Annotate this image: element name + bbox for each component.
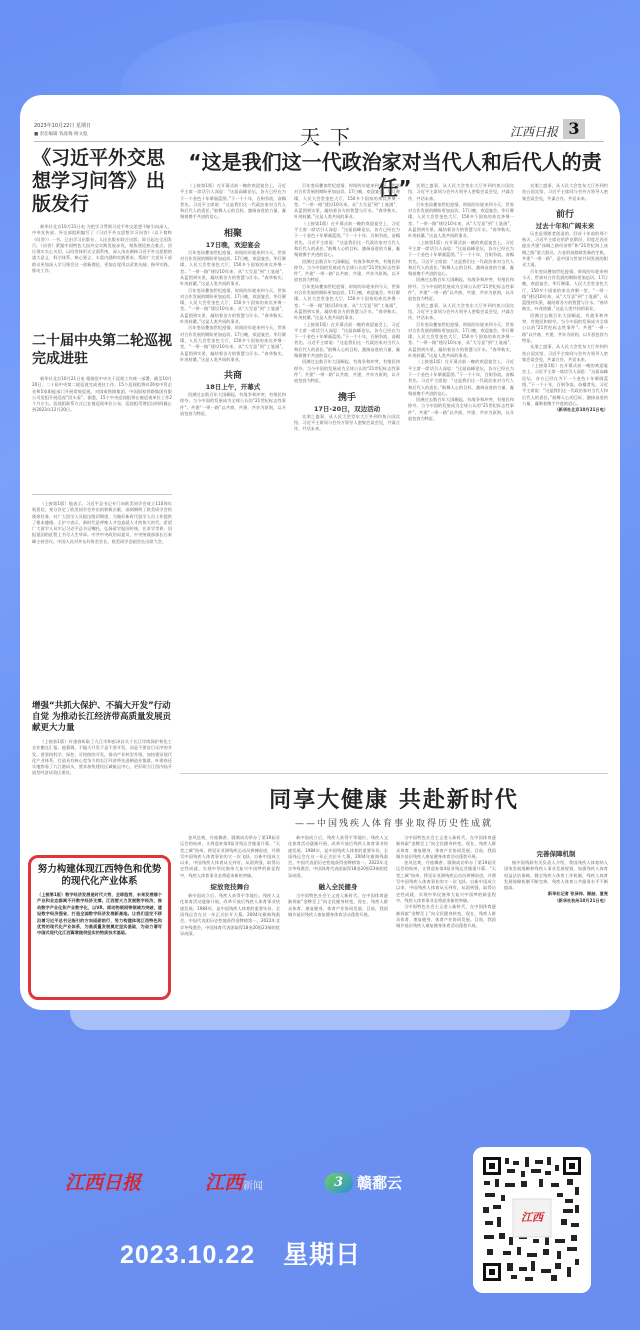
left-column: 《习近平外交思想学习问答》出版发行 新华社北京10月21日电 为把学习贯彻习近平…	[32, 147, 172, 847]
bottom-subheading-fitness: 融入全民健身	[288, 882, 388, 893]
article-body-returned-scholars: （上接第1版）他表示，习近平总书记专门向欧美同学会成立110周年致贺信，充分肯定…	[32, 501, 172, 687]
bottom-article-subtitle: ——中国残疾人体育事业取得历史性成就	[180, 816, 608, 829]
article-body-book-release: 新华社北京10月21日电 为把学习贯彻习近平外交思想不断引向深入，中央宣传部、外…	[32, 224, 172, 314]
section-subheading-forward: 过去十年和广阔未来	[522, 222, 608, 231]
article-title-yangtze: 增强“共抓大保护、不搞大开发”行动自觉 为推动长江经济带高质量发展贡献更大力量	[32, 701, 172, 734]
section-heading-joining-hands: 携手	[294, 391, 400, 405]
article-body-yangtze: （上接第1版）叶建春听取了九江市和彭泽县关于长江岸线保护和化工企业搬迁汇报。他强…	[32, 739, 172, 825]
lead-column-3: 宾朋之盛事，从人民大会堂东大厅外到钓鱼台国宾馆，习近平主席同与会外方领导人密集会…	[408, 183, 514, 773]
lead-byline: （新华社北京10月21日电）	[522, 407, 608, 413]
issue-date: 2023年10月22日 星期日	[34, 122, 91, 129]
section-heading-gathering: 相聚	[180, 227, 286, 241]
editor-credit: ■ 责任编辑 钱庞梅 杨文彪	[34, 131, 88, 137]
masthead-divider	[34, 141, 604, 142]
bottom-article-header: 同享大健康 共赴新时代 ——中国残疾人体育事业取得历史性成就	[180, 783, 608, 829]
section-subheading-joining-hands: 17日-20日，双边活动	[294, 405, 400, 414]
footer-date-value: 2023.10.22	[120, 1241, 255, 1269]
lead-column-2: 百年变局叠加世纪疫情，时间的年轮来到今天，世界对合作发展的期盼更加迫切。17日晚…	[294, 183, 400, 773]
bottom-column-4: 完善保障机制 据中国残联有关负责人介绍，我国残疾人体育纳入国家发展战略和残疾人事…	[504, 835, 608, 1000]
bottom-subheading-competition: 绽放竞技舞台	[180, 882, 280, 893]
highlighted-article-box[interactable]: 努力构建体现江西特色和优势的现代化产业体系 （上接第1版）数字经济发展是时代大势…	[28, 855, 171, 1000]
article-title-inspection: 二十届中央第二轮巡视完成进驻	[32, 332, 172, 368]
footer-date: 2023.10.22 星期日	[120, 1235, 361, 1271]
bottom-subheading-support: 完善保障机制	[504, 849, 608, 860]
highlighted-article-title: 努力构建体现江西特色和优势的现代化产业体系	[37, 864, 162, 888]
section-title: 天下	[300, 121, 360, 150]
section-subheading-gathering: 17日晚，欢迎宴会	[180, 241, 286, 250]
bottom-column-2: 新中国成立后，残疾人获得平等地位。残疾人文化体育活动逐渐开展。改革开放后残疾人体…	[288, 835, 388, 1000]
article-title-book-release: 《习近平外交思想学习问答》出版发行	[32, 147, 172, 216]
bottom-article-title: 同享大健康 共赴新时代	[180, 783, 608, 814]
qr-code[interactable]: 江西	[473, 1147, 591, 1293]
section-heading-consultation: 共商	[180, 369, 286, 383]
cloud-icon	[325, 1173, 353, 1193]
svg-text:江西: 江西	[521, 1211, 545, 1224]
jiangxi-daily-logo[interactable]: 江西日报	[65, 1168, 141, 1195]
bottom-dateline: （新华社杭州10月21日电）	[504, 898, 608, 904]
section-subheading-consultation: 18日上午，开幕式	[180, 383, 286, 392]
ganpo-cloud-logo[interactable]: 赣鄱云	[325, 1172, 402, 1193]
divider	[180, 773, 608, 774]
jiangxi-news-logo[interactable]: 江西新闻	[205, 1168, 263, 1195]
lead-column-4: 宾朋之盛事，从人民大会堂东大厅外到钓鱼台国宾馆，习近平主席同与会外方领导人密集会…	[522, 183, 608, 773]
page-number: 3	[563, 119, 585, 139]
newspaper-page: 2023年10月22日 星期日 ■ 责任编辑 钱庞梅 杨文彪 天下 江西日报 3…	[20, 95, 620, 1010]
lead-column-1: （上接第1版）在开幕式前一晚的欢迎宴会上，习近平主席一席话引人深思：“这届高峰论…	[180, 183, 286, 773]
qr-code-icon: 江西	[481, 1155, 583, 1283]
bottom-column-1: 金风送爽，丹桂飘香。圆满成功举办了第19届亚运会的杭州，又将迎来第4届亚残运会隆…	[180, 835, 280, 1000]
bottom-column-3: 当中国特色社会主义进入新时代，在中国体育逐渐探索“金牌至上”向全民健身转变。现在…	[396, 835, 496, 1000]
article-body-inspection: 新华社北京10月21日电 根据党中央关于巡视工作统一部署，截至10月20日，二十…	[32, 376, 172, 488]
section-heading-forward: 前行	[522, 208, 608, 222]
footer-weekday: 星期日	[283, 1241, 361, 1269]
masthead: 2023年10月22日 星期日 ■ 责任编辑 钱庞梅 杨文彪 天下 江西日报 3	[20, 95, 620, 137]
highlighted-article-body: （上接第1版）数字经济发展是时代大势，全球趋势，未来发展哪个产业和业态都离不开数…	[37, 892, 162, 937]
divider	[32, 494, 172, 495]
newspaper-brand-logo: 江西日报	[510, 123, 558, 140]
